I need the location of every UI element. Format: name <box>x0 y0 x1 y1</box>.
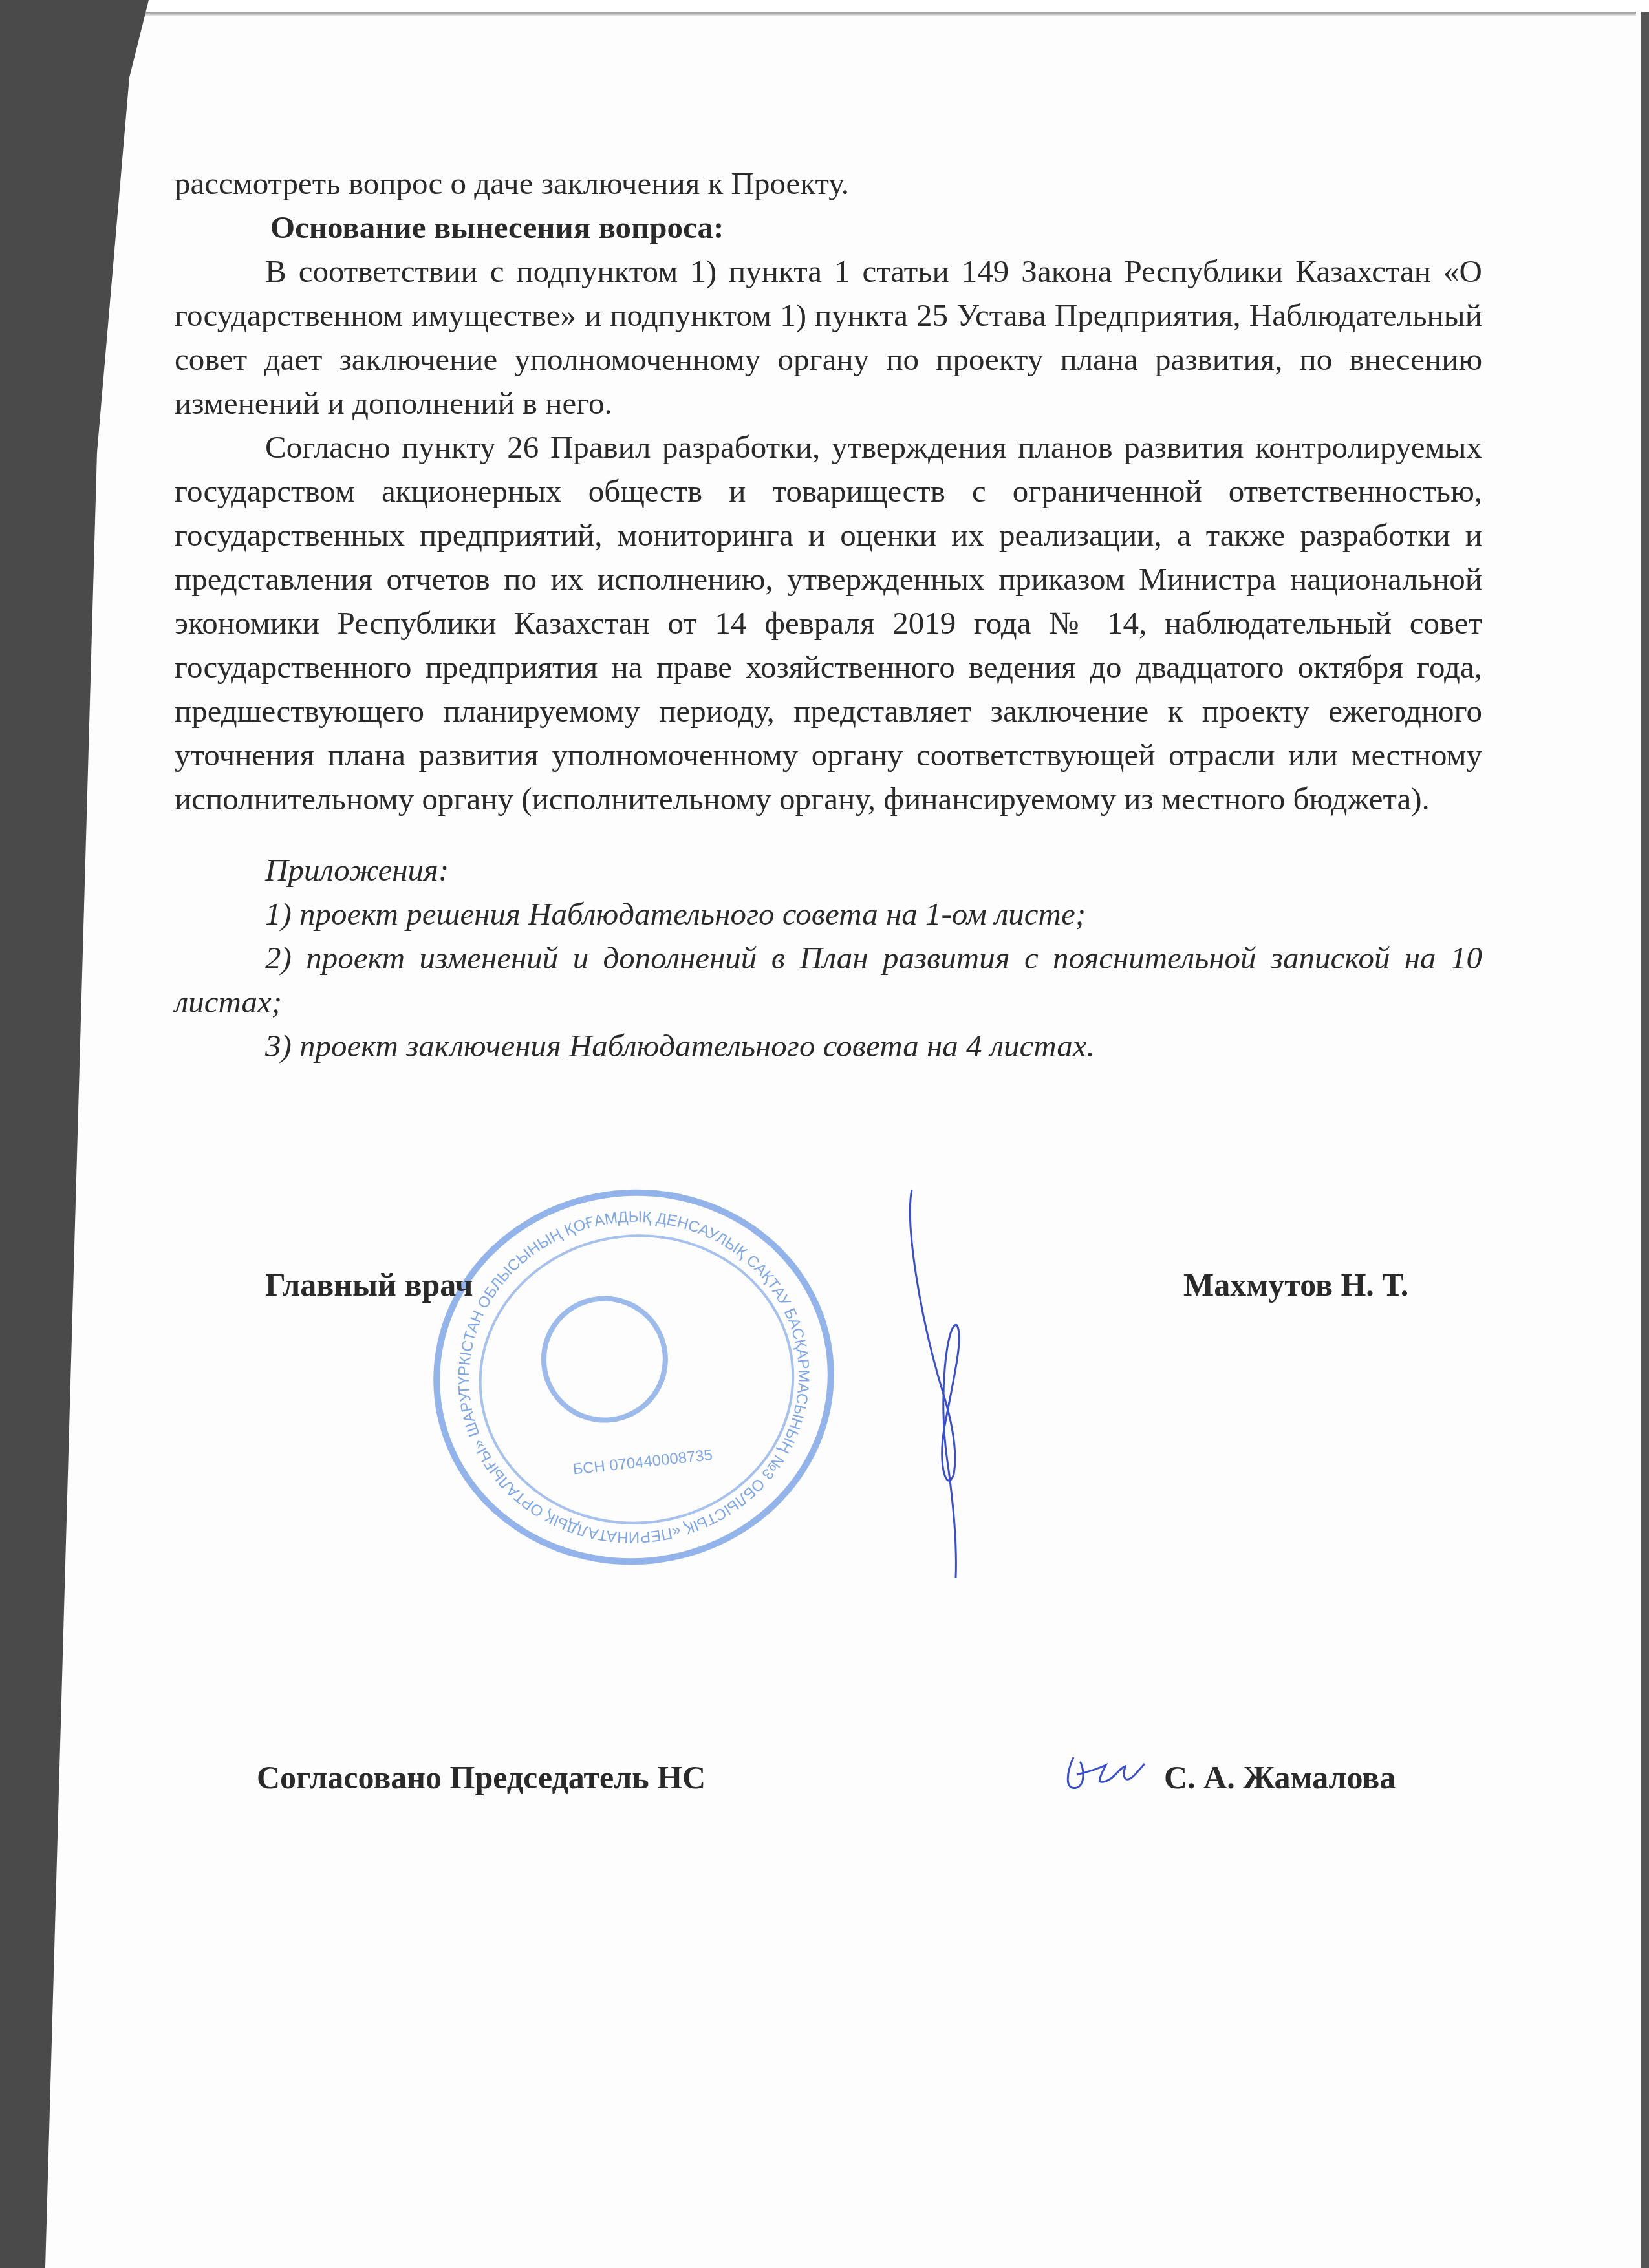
scan-right-edge-shadow <box>1641 12 1649 2268</box>
stamp-outer-text: ТҮРКІСТАН ОБЛЫСЫНЫҢ ҚОҒАМДЫҚ ДЕНСАУЛЫҚ С… <box>422 1177 829 1566</box>
attachment-item: 1) проект решения Наблюдательного совета… <box>175 892 1482 936</box>
attachments-section: Приложения: 1) проект решения Наблюдател… <box>175 848 1482 1068</box>
stamp-bin: БСН 070440008735 <box>572 1446 714 1479</box>
paragraph-legal-basis: В соответствии с подпунктом 1) пункта 1 … <box>175 250 1482 425</box>
scan-left-edge-shadow <box>0 0 168 2268</box>
opening-line: рассмотреть вопрос о даче заключения к П… <box>175 162 1482 206</box>
official-stamp: ТҮРКІСТАН ОБЛЫСЫНЫҢ ҚОҒАМДЫҚ ДЕНСАУЛЫҚ С… <box>415 1170 852 1585</box>
chief-title: Главный врач <box>265 1266 473 1303</box>
scan-top-margin <box>0 0 1649 13</box>
approved-title: Согласовано Председатель НС <box>257 1759 706 1796</box>
paragraph-rules: Согласно пункту 26 Правил разработки, ут… <box>175 425 1482 821</box>
attachment-item: 3) проект заключения Наблюдательного сов… <box>175 1024 1482 1068</box>
chief-signature-icon <box>892 1183 983 1584</box>
attachment-item: 2) проект изменений и дополнений в План … <box>175 936 1482 1024</box>
document-body: рассмотреть вопрос о даче заключения к П… <box>175 162 1482 1068</box>
chief-name: Махмутов Н. Т. <box>1183 1266 1408 1303</box>
scan-top-edge-shadow <box>97 12 1636 16</box>
svg-text:ТҮРКІСТАН ОБЛЫСЫНЫҢ ҚОҒАМДЫҚ Д: ТҮРКІСТАН ОБЛЫСЫНЫҢ ҚОҒАМДЫҚ ДЕНСАУЛЫҚ С… <box>422 1177 829 1566</box>
approved-name: С. А. Жамалова <box>1164 1759 1396 1796</box>
stamp-circular-text: ТҮРКІСТАН ОБЛЫСЫНЫҢ ҚОҒАМДЫҚ ДЕНСАУЛЫҚ С… <box>422 1177 845 1578</box>
approval-signature-icon <box>1061 1752 1151 1797</box>
section-heading: Основание вынесения вопроса: <box>175 206 1482 250</box>
attachments-title: Приложения: <box>175 848 1482 892</box>
